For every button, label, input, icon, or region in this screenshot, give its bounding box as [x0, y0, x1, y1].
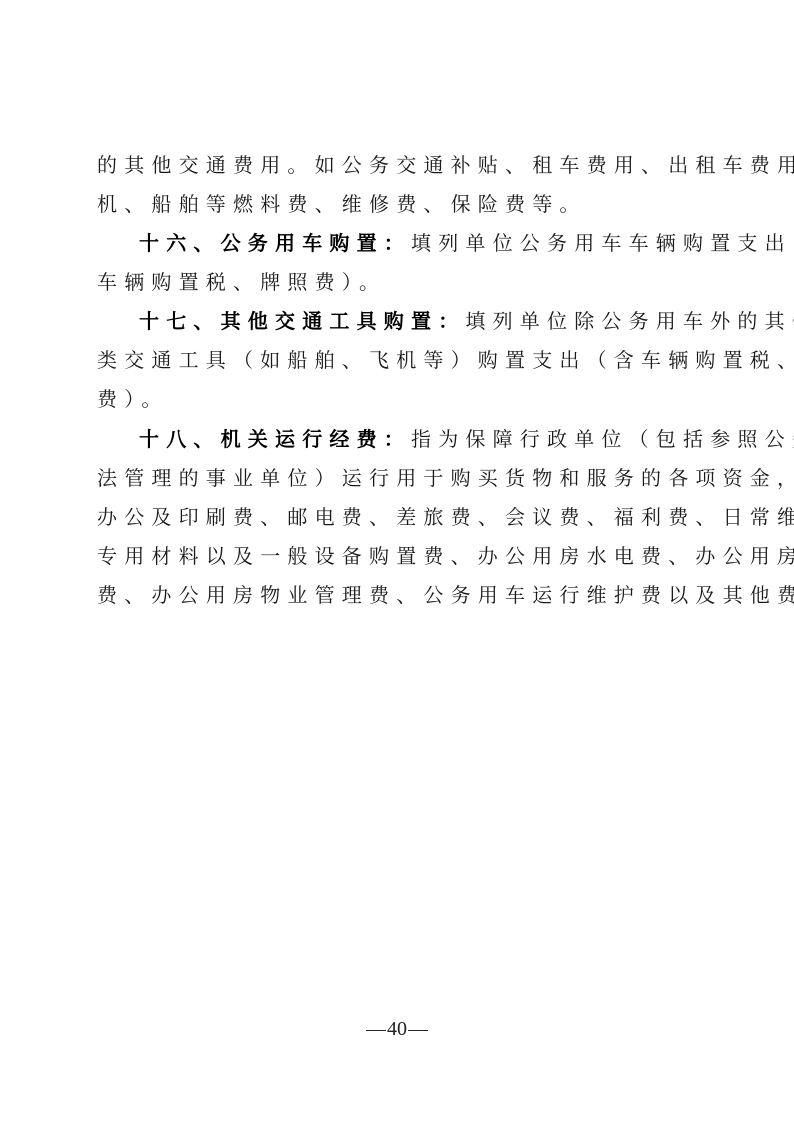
section-16-first-line: 十六、公务用车购置：填列单位公务用车车辆购置支出（含: [139, 228, 749, 258]
text-line: 专用材料以及一般设备购置费、办公用房水电费、办公用房取暖: [97, 541, 707, 571]
line-text: 类交通工具（如船舶、飞机等）购置支出（含车辆购置税、牌照: [97, 348, 794, 372]
line-text: 机、船舶等燃料费、维修费、保险费等。: [97, 192, 587, 216]
text-line: 法管理的事业单位）运行用于购买货物和服务的各项资金，包括: [97, 463, 707, 493]
text-line: 的其他交通费用。如公务交通补贴、租车费用、出租车费用，飞: [97, 150, 707, 180]
section-18-first-line: 十八、机关运行经费：指为保障行政单位（包括参照公务员: [139, 424, 749, 454]
page-footer: 40: [0, 1018, 794, 1041]
line-text: 的其他交通费用。如公务交通补贴、租车费用、出租车费用，飞: [97, 153, 794, 177]
page-number: 40: [387, 1018, 407, 1040]
line-text: 费）。: [97, 387, 169, 411]
line-text: 填列单位除公务用车外的其他各: [465, 309, 794, 333]
section-heading: 十六、公务用车购置：: [139, 231, 411, 255]
line-text: 车辆购置税、牌照费）。: [97, 270, 386, 294]
text-line: 办公及印刷费、邮电费、差旅费、会议费、福利费、日常维修费、: [97, 502, 707, 532]
line-text: 填列单位公务用车车辆购置支出（含: [411, 231, 794, 255]
text-line: 费）。: [97, 384, 707, 414]
section-heading: 十七、其他交通工具购置：: [139, 309, 465, 333]
section-17-first-line: 十七、其他交通工具购置：填列单位除公务用车外的其他各: [139, 306, 749, 336]
text-line: 车辆购置税、牌照费）。: [97, 267, 707, 297]
line-text: 办公及印刷费、邮电费、差旅费、会议费、福利费、日常维修费、: [97, 505, 794, 529]
section-heading: 十八、机关运行经费：: [139, 427, 411, 451]
text-line: 类交通工具（如船舶、飞机等）购置支出（含车辆购置税、牌照: [97, 345, 707, 375]
line-text: 指为保障行政单位（包括参照公务员: [411, 427, 794, 451]
text-line: 费、办公用房物业管理费、公务用车运行维护费以及其他费用。: [97, 580, 707, 610]
line-text: 法管理的事业单位）运行用于购买货物和服务的各项资金，包括: [97, 466, 794, 490]
line-text: 专用材料以及一般设备购置费、办公用房水电费、办公用房取暖: [97, 544, 794, 568]
dash-left: [366, 1030, 386, 1031]
text-line: 机、船舶等燃料费、维修费、保险费等。: [97, 189, 707, 219]
dash-right: [408, 1030, 428, 1031]
document-page: 的其他交通费用。如公务交通补贴、租车费用、出租车费用，飞 机、船舶等燃料费、维修…: [0, 0, 794, 1123]
line-text: 费、办公用房物业管理费、公务用车运行维护费以及其他费用。: [97, 583, 794, 607]
